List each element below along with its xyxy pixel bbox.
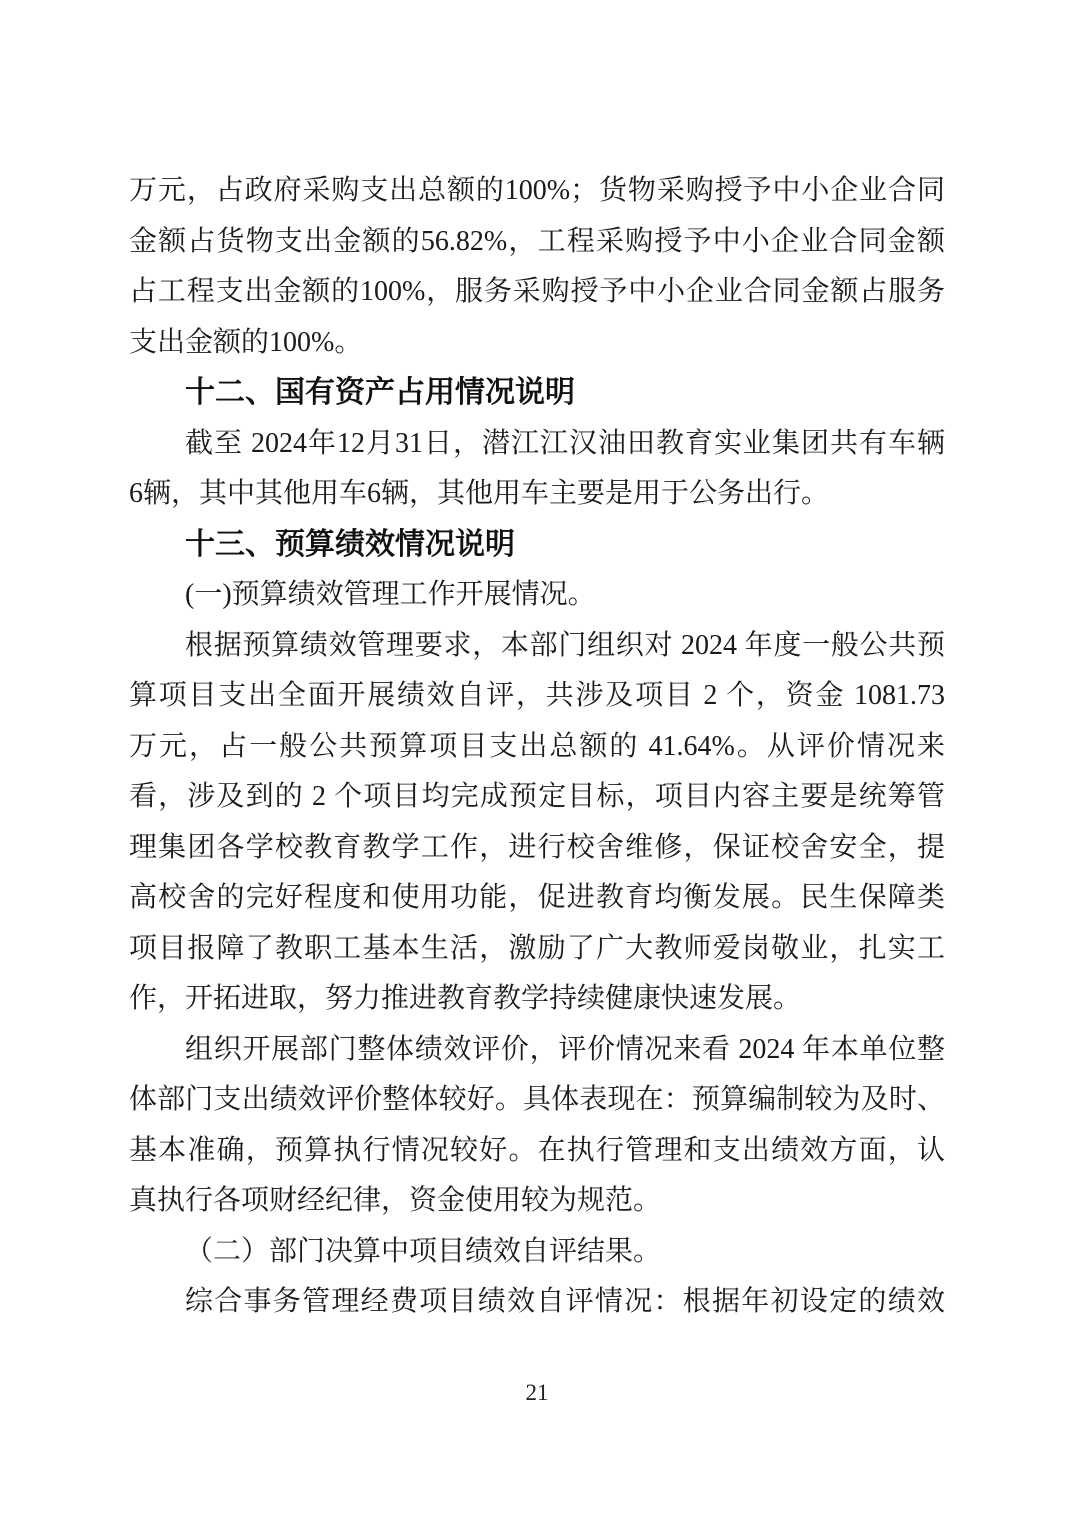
document-page: 万元，占政府采购支出总额的100%；货物采购授予中小企业合同 金额占货物支出金额… [0, 0, 1074, 1520]
body-line: 高校舍的完好程度和使用功能，促进教育均衡发展。民生保障类 [129, 873, 945, 924]
body-line: 综合事务管理经费项目绩效自评情况：根据年初设定的绩效 [129, 1277, 945, 1328]
body-line: 算项目支出全面开展绩效自评，共涉及项目 2 个，资金 1081.73 [129, 671, 945, 722]
body-line: 占工程支出金额的100%，服务采购授予中小企业合同金额占服务 [129, 267, 945, 318]
section-heading-13: 十三、预算绩效情况说明 [129, 520, 945, 571]
body-line: 项目报障了教职工基本生活，激励了广大教师爱岗敬业，扎实工 [129, 924, 945, 975]
body-line: 截至 2024年12月31日，潜江江汉油田教育实业集团共有车辆 [129, 419, 945, 470]
body-line: 真执行各项财经纪律，资金使用较为规范。 [129, 1176, 945, 1227]
page-number: 21 [0, 1378, 1074, 1408]
subsection-heading-1: (一)预算绩效管理工作开展情况。 [129, 570, 945, 621]
body-line: 根据预算绩效管理要求，本部门组织对 2024 年度一般公共预 [129, 621, 945, 672]
body-line: 支出金额的100%。 [129, 318, 945, 369]
body-line: 看，涉及到的 2 个项目均完成预定目标，项目内容主要是统筹管 [129, 772, 945, 823]
subsection-heading-2: （二）部门决算中项目绩效自评结果。 [129, 1227, 945, 1278]
body-line: 组织开展部门整体绩效评价，评价情况来看 2024 年本单位整 [129, 1025, 945, 1076]
page-content: 万元，占政府采购支出总额的100%；货物采购授予中小企业合同 金额占货物支出金额… [129, 166, 945, 1328]
body-line: 基本准确，预算执行情况较好。在执行管理和支出绩效方面，认 [129, 1126, 945, 1177]
section-heading-12: 十二、国有资产占用情况说明 [129, 368, 945, 419]
body-line: 6辆，其中其他用车6辆，其他用车主要是用于公务出行。 [129, 469, 945, 520]
body-line: 作，开拓进取，努力推进教育教学持续健康快速发展。 [129, 974, 945, 1025]
body-line: 万元，占政府采购支出总额的100%；货物采购授予中小企业合同 [129, 166, 945, 217]
body-line: 万元，占一般公共预算项目支出总额的 41.64%。从评价情况来 [129, 722, 945, 773]
body-line: 金额占货物支出金额的56.82%，工程采购授予中小企业合同金额 [129, 217, 945, 268]
body-line: 理集团各学校教育教学工作，进行校舍维修，保证校舍安全，提 [129, 823, 945, 874]
body-line: 体部门支出绩效评价整体较好。具体表现在：预算编制较为及时、 [129, 1075, 945, 1126]
